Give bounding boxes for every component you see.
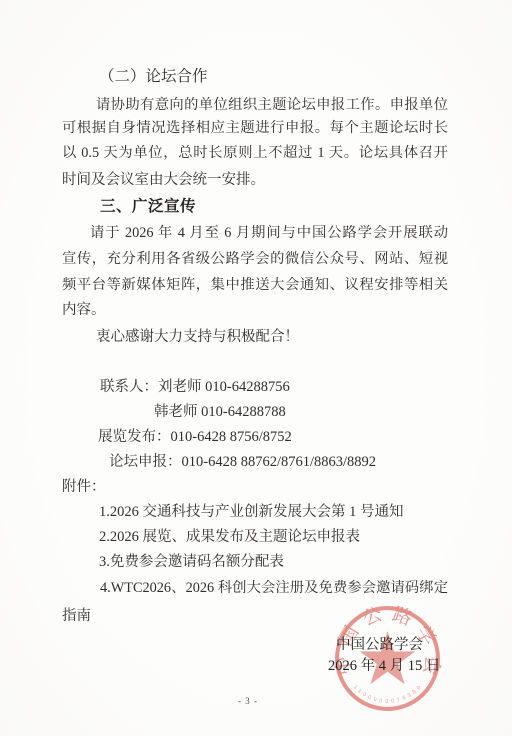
page-number: - 3 -	[228, 690, 268, 712]
contact-line-4: 论坛申报：010-6428 88762/8761/8863/8892	[109, 451, 376, 473]
thanks-line: 衷心感谢大力支持与积极配合！	[96, 326, 299, 348]
para1-line-1: 请协助有意向的单位组织主题论坛申报工作。申报单位	[62, 94, 448, 116]
signature-org: 中国公路学会	[336, 634, 423, 656]
para1-line-4: 时间及会议室由大会统一安排。	[62, 169, 265, 191]
contact-line-1: 联系人：刘老师 010-64288756	[100, 376, 290, 398]
para2-line-1: 请于 2026 年 4 月至 6 月期间与中国公路学会开展联动	[62, 222, 448, 244]
seal-serial-number: 1100000076380	[352, 684, 423, 704]
attachments-label: 附件：	[62, 476, 106, 498]
contact-line-3: 展览发布：010-6428 8756/8752	[98, 426, 292, 448]
document-page: （二）论坛合作 请协助有意向的单位组织主题论坛申报工作。申报单位 可根据自身情况…	[0, 0, 512, 736]
para2-line-3: 频平台等新媒体矩阵，集中推送大会通知、议程安排等相关	[62, 274, 448, 296]
para2-line-2: 宣传，充分利用各省级公路学会的微信公众号、网站、短视	[62, 248, 448, 270]
para1-line-2: 可根据自身情况选择相应主题进行申报。每个主题论坛时长	[62, 117, 448, 139]
svg-text:1100000076380: 1100000076380	[352, 684, 423, 704]
attachment-item-2: 2.2026 展览、成果发布及主题论坛申报表	[99, 526, 360, 548]
attachment-item-3: 3.免费参会邀请码名额分配表	[99, 551, 284, 573]
attachment-item-4-wrap: 指南	[62, 605, 91, 627]
attachment-item-4: 4.WTC2026、2026 科创大会注册及免费参会邀请码绑定	[62, 577, 448, 599]
signature-date: 2026 年 4 月 15 日	[328, 655, 440, 677]
heading-section-3: 三、广泛宣传	[100, 196, 196, 218]
attachment-item-1: 1.2026 交通科技与产业创新发展大会第 1 号通知	[99, 501, 404, 523]
heading-section-2: （二）论坛合作	[99, 66, 208, 88]
para1-line-3: 以 0.5 天为单位，总时长原则上不超过 1 天。论坛具体召开	[62, 142, 448, 164]
para2-line-4: 内容。	[62, 299, 106, 321]
contact-line-2: 韩老师 010-64288788	[154, 401, 286, 423]
